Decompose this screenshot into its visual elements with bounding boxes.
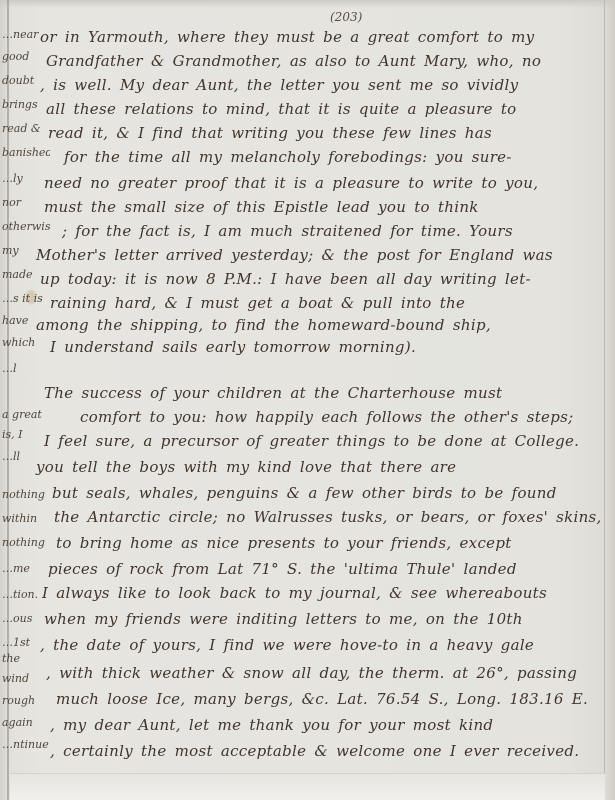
text-line: raining hard, & I must get a boat & pull… [50, 294, 465, 312]
page-right-edge [604, 0, 605, 790]
text-line: The success of your children at the Char… [44, 384, 502, 402]
margin-note: read & [2, 122, 50, 135]
text-line: ; for the fact is, I am much straitened … [62, 222, 513, 240]
margin-note: wind [2, 672, 50, 685]
text-line: pieces of rock from Lat 71° S. the 'ulti… [48, 560, 517, 578]
text-line: , with thick weather & snow all day, the… [46, 664, 577, 682]
text-line: I always like to look back to my journal… [42, 584, 547, 602]
text-line: or in Yarmouth, where they must be a gre… [40, 28, 534, 46]
text-line: for the time all my melancholy forebodin… [64, 148, 512, 166]
text-line: up today: it is now 8 P.M.: I have been … [40, 270, 531, 288]
text-line: when my friends were inditing letters to… [44, 610, 523, 628]
margin-note: again [2, 716, 50, 729]
margin-note: good [2, 50, 50, 63]
margin-note: rough [2, 694, 50, 707]
page-bottom-edge [10, 773, 605, 800]
text-line: , my dear Aunt, let me thank you for you… [50, 716, 493, 734]
margin-note: is, I [2, 428, 50, 441]
text-line: I feel sure, a precursor of greater thin… [44, 432, 579, 450]
text-line: much loose Ice, many bergs, &c. Lat. 76.… [56, 690, 588, 708]
text-line: Mother's letter arrived yesterday; & the… [36, 246, 553, 264]
margin-note: nor [2, 196, 50, 209]
manuscript-page: (203) …near good doubt brings read & ban… [0, 0, 615, 800]
text-line: Grandfather & Grandmother, as also to Au… [46, 52, 541, 70]
margin-note: …s it is [2, 292, 50, 305]
text-line: I understand sails early tomorrow mornin… [50, 338, 416, 356]
text-line: , is well. My dear Aunt, the letter you … [40, 76, 518, 94]
margin-note: banished [2, 146, 50, 159]
margin-note: a great [2, 408, 50, 421]
margin-note: otherwise [2, 220, 50, 233]
page-number: (203) [330, 10, 362, 24]
text-line: to bring home as nice presents to your f… [56, 534, 512, 552]
text-line: read it, & I find that writing you these… [48, 124, 492, 142]
margin-note: brings [2, 98, 50, 111]
margin-note: nothing [2, 536, 50, 549]
margin-note: nothing [2, 488, 50, 501]
text-line: , the date of yours, I find we were hove… [40, 636, 534, 654]
text-line: you tell the boys with my kind love that… [36, 458, 456, 476]
text-line: all these relations to mind, that it is … [46, 100, 517, 118]
text-line: , certainly the most acceptable & welcom… [50, 742, 579, 760]
text-line: the Antarctic circle; no Walrusses tusks… [54, 508, 602, 526]
text-line: among the shipping, to find the homeward… [36, 316, 491, 334]
page-top-shadow [0, 0, 615, 8]
margin-note: …ntinue [2, 738, 50, 751]
text-line: need no greater proof that it is a pleas… [44, 174, 538, 192]
text-line: must the small size of this Epistle lead… [44, 198, 479, 216]
margin-note: …me [2, 562, 50, 575]
margin-note: which [2, 336, 50, 349]
margin-note: …l [2, 362, 50, 375]
margin-note: within [2, 512, 50, 525]
margin-note: …ly [2, 172, 50, 185]
margin-note: …ous [2, 612, 50, 625]
text-line: but seals, whales, penguins & a few othe… [52, 484, 557, 502]
text-line: comfort to you: how happily each follows… [80, 408, 573, 426]
